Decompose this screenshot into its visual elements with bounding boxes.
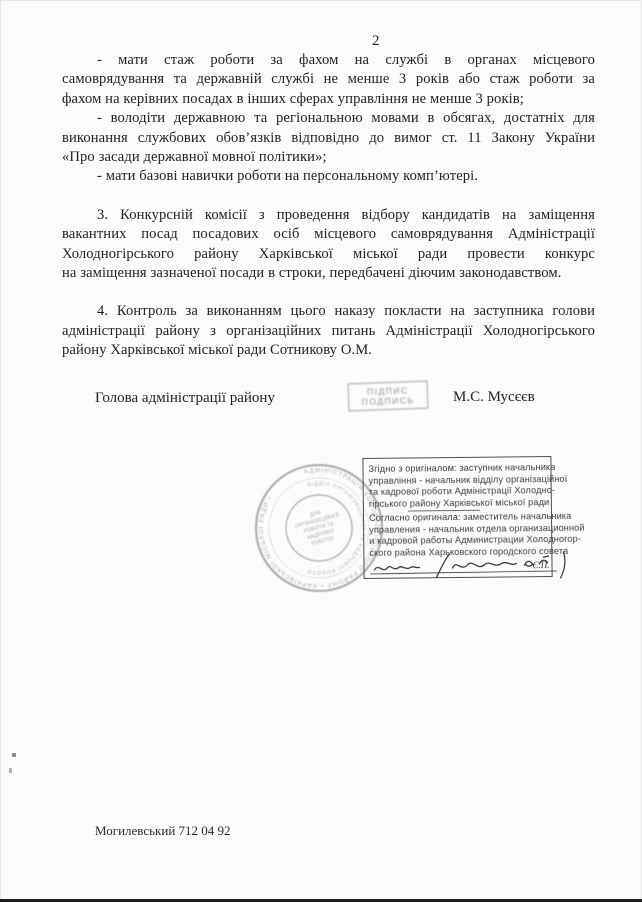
- text-line: фахом на керівних посадах в інших сферах…: [62, 90, 595, 109]
- signature-ink-stamp: ПІДПИС ПОДПИСЬ: [348, 381, 429, 412]
- scan-speck: [12, 753, 16, 757]
- text-line: - володіти державною та регіональною мов…: [62, 109, 595, 128]
- requirement-item-computer: - мати базові навички роботи на персонал…: [62, 167, 595, 186]
- signature-ink-stamp-line: ПОДПИСЬ: [362, 395, 415, 407]
- text-line: району Харківської міської ради Сотников…: [62, 341, 595, 360]
- text-line: «Про засади державної мовної політики»;: [62, 148, 595, 167]
- handwritten-initials: Є.П.: [532, 560, 549, 570]
- signer-name: М.С. Мусєєв: [453, 389, 535, 406]
- signer-title: Голова адміністрації району: [95, 390, 275, 407]
- scanned-document-page: 2 - мати стаж роботи за фахом на службі …: [0, 0, 642, 902]
- page-number: 2: [372, 33, 380, 50]
- text-line: - мати стаж роботи за фахом на службі в …: [62, 51, 595, 70]
- text-line: - мати базові навички роботи на персонал…: [62, 167, 595, 186]
- text-line: на заміщення зазначеної посади в строки,…: [62, 264, 595, 283]
- text-line: Холодногірського району Харківської місь…: [62, 245, 595, 264]
- text-line: адміністрації району з організаційних пи…: [62, 322, 595, 341]
- requirement-item-language: - володіти державною та регіональною мов…: [62, 109, 595, 167]
- text-line: виконання службових обов’язків відповідн…: [62, 129, 595, 148]
- text-line: самоврядування та державній службі не ме…: [62, 70, 595, 89]
- scan-speck: [9, 768, 12, 773]
- cert-stamp-line: гірського району Харківської міської рад…: [369, 497, 547, 511]
- text-line: вакантних посад посадових осіб місцевого…: [62, 225, 595, 244]
- requirement-item-experience: - мати стаж роботи за фахом на службі в …: [62, 51, 595, 109]
- executor-note: Могилевський 712 04 92: [95, 823, 231, 839]
- order-clause-3: 3. Конкурсній комісії з проведення відбо…: [62, 206, 595, 284]
- certification-stamp: Згідно з оригіналом: заступник начальник…: [362, 456, 552, 579]
- document-body: - мати стаж роботи за фахом на службі в …: [62, 51, 595, 361]
- text-line: 4. Контроль за виконанням цього наказу п…: [62, 302, 595, 321]
- order-clause-4: 4. Контроль за виконанням цього наказу п…: [62, 302, 595, 360]
- text-line: 3. Конкурсній комісії з проведення відбо…: [62, 206, 595, 225]
- handwritten-signature: Є.П.: [364, 551, 569, 581]
